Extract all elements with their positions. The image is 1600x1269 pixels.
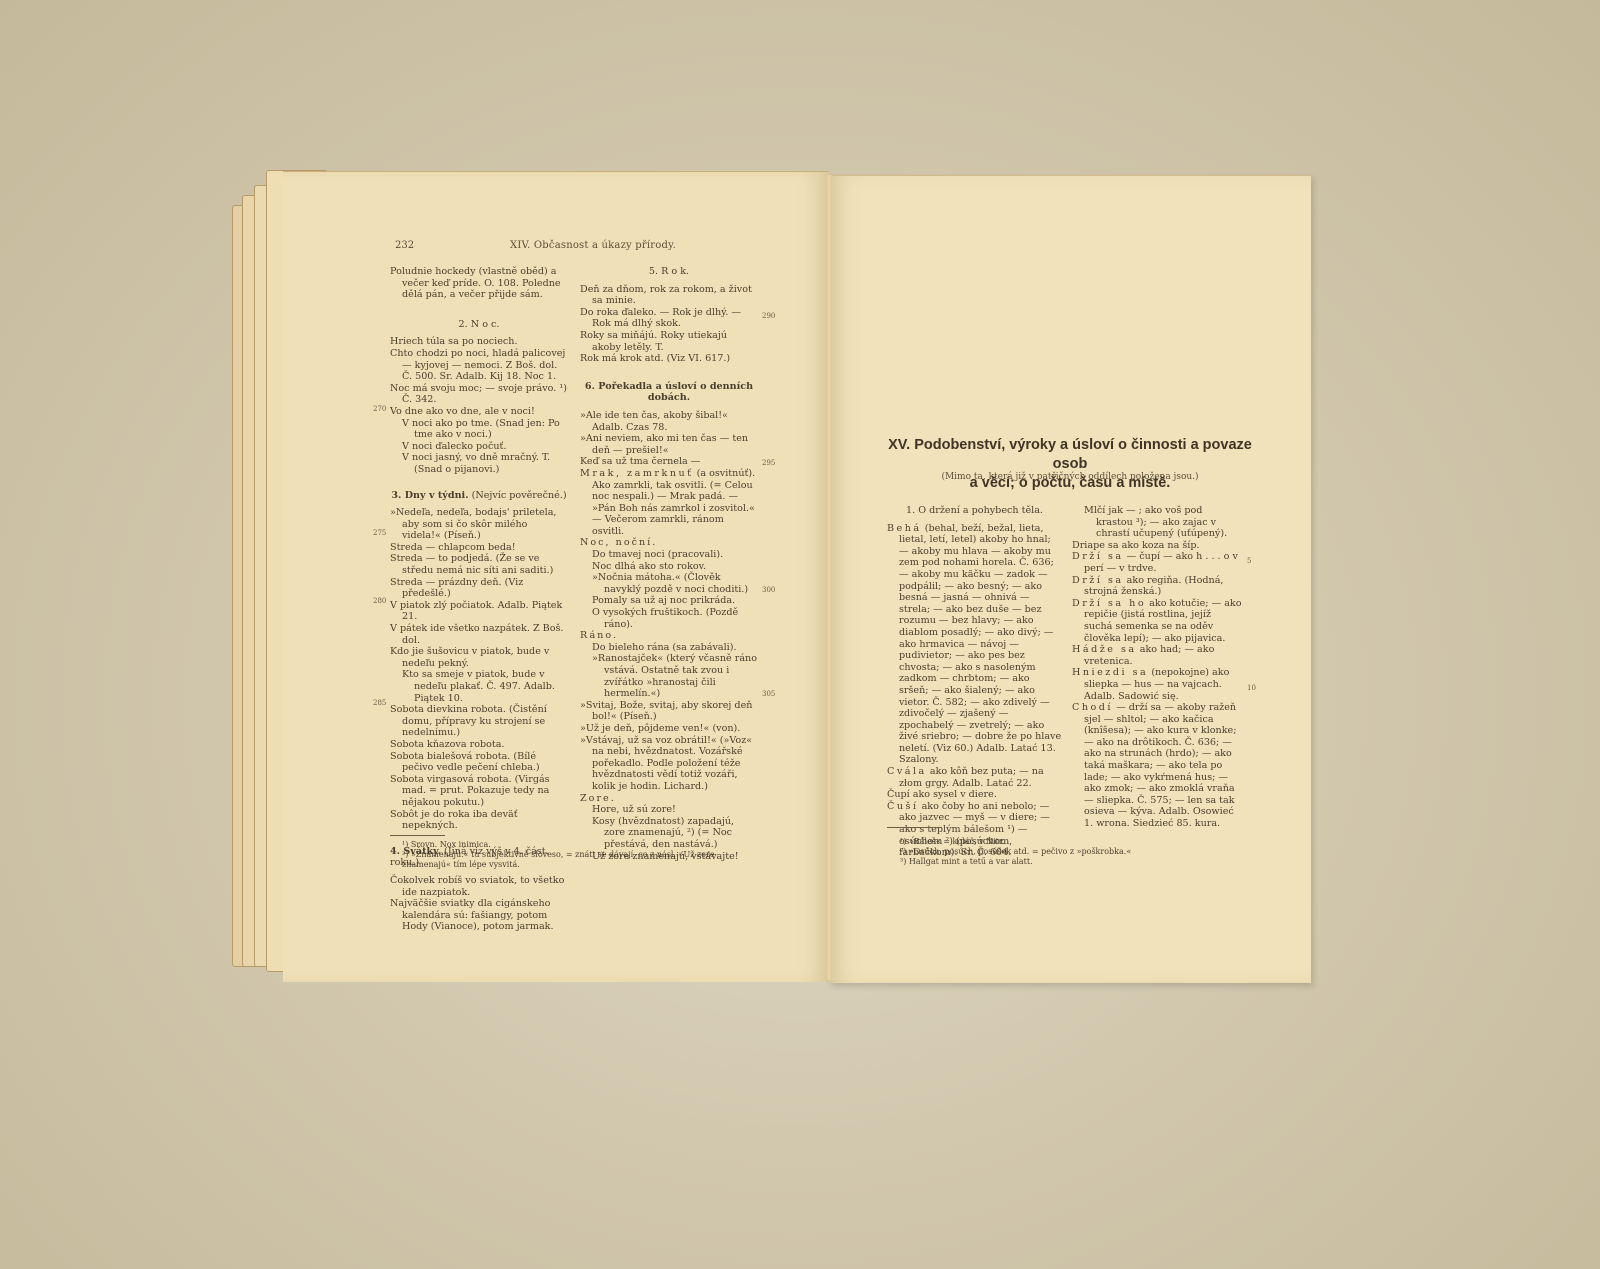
line-number: 5 xyxy=(1247,557,1251,565)
entry-text: Čupí ako sysel v diere. xyxy=(887,789,997,800)
section-heading: 5. R o k. xyxy=(580,266,758,278)
proverb: Sobota kňazova robota. xyxy=(390,739,568,751)
proverb-entry: Drží sa ako regiňa. (Hodná, strojná žens… xyxy=(1072,575,1242,598)
proverb: Streda — chlapcom beda! xyxy=(390,542,568,554)
line-number: 270 xyxy=(373,405,386,413)
proverb: Sobota virgasová robota. (Virgás mad. = … xyxy=(390,774,568,809)
right-footnotes: ¹) »Báleš« = koláč, v Nitr. ²) »Osúch, p… xyxy=(900,837,1230,867)
entry-keyword: Behá xyxy=(887,523,922,534)
proverb: Noc má svoju moc; — svoje právo. ¹) Č. 3… xyxy=(390,383,568,406)
line-number: 290 xyxy=(762,312,775,320)
line-number: 275 xyxy=(373,529,386,537)
entry-keyword: Čuší xyxy=(887,801,919,812)
proverb: Najväčšie sviatky dla cigánskeho kalendá… xyxy=(390,898,568,933)
proverb-entry: Mrak, zamrknuť (a osvitnúť). Ako zamrkli… xyxy=(580,468,758,538)
proverb: Noc dlhá ako sto rokov. xyxy=(580,561,758,573)
entry-keyword: Mrak, zamrknuť xyxy=(580,468,694,479)
entry-keyword: Drží sa ho xyxy=(1072,598,1146,609)
book-gutter xyxy=(826,175,832,980)
proverb: Hore, už sú zore! xyxy=(580,804,758,816)
proverb-entry: Cvála ako kôň bez puta; — na złom grgy. … xyxy=(887,766,1062,789)
proverb-entry: Drží sa ho ako kotučie; — ako repičie (j… xyxy=(1072,598,1242,644)
proverb: Chto chodzi po noci, hladá palicovej — k… xyxy=(390,348,568,383)
footnote: ²) »Osúch, posúch, posúšek atd. = pečivo… xyxy=(900,847,1230,857)
proverb: O vysokých fruštikoch. (Pozdě ráno). xyxy=(580,607,758,630)
entry-keyword: Noc, noční. xyxy=(580,537,758,549)
open-book: 232 XIV. Občasnost a úkazy přírody. Polu… xyxy=(0,0,1600,1269)
proverb-entry: Hniezdi sa (nepokojne) ako sliepka — hus… xyxy=(1072,667,1242,702)
section-heading-bold: 3. Dny v týdni. xyxy=(391,490,468,501)
proverb: V pátek ide všetko nazpátek. Z Boš. dol. xyxy=(390,623,568,646)
left-page-column-1: Poludnie hockedy (vlastně oběd) a večer … xyxy=(390,266,568,933)
proverb: Sobôt je do roka iba deväť nepekných. xyxy=(390,809,568,832)
proverb: Do roka ďaleko. — Rok je dlhý. — Rok má … xyxy=(580,307,758,330)
proverb: V noci jasný, vo dně mračný. T. (Snad o … xyxy=(390,452,568,475)
chapter-title-line: XV. Podobenství, výroky a úsloví o činno… xyxy=(880,436,1260,474)
section-heading: 1. O držení a pohybech těla. xyxy=(887,505,1062,517)
line-number: 305 xyxy=(762,690,775,698)
entry-keyword: Drží sa xyxy=(1072,551,1124,562)
footnote: ²) »Znamenajú.« tu subjektivně sloveso, … xyxy=(390,850,765,870)
proverb: Čokolvek robíš vo sviatok, to všetko ide… xyxy=(390,875,568,898)
section-heading-note: (Nejvíc pověrečné.) xyxy=(472,490,567,501)
proverb: V noci ďalecko počuť. xyxy=(390,441,568,453)
entry-keyword: Hádže sa xyxy=(1072,644,1137,655)
proverb: V noci ako po tme. (Snad jen: Po tme ako… xyxy=(390,418,568,441)
chapter-subtitle: (Mimo ta, která již v patřičných oddílec… xyxy=(880,472,1260,482)
paragraph: Poludnie hockedy (vlastně oběd) a večer … xyxy=(390,266,568,301)
footnote: ¹) Srovn. Nox inimica. xyxy=(390,840,765,850)
section-heading: 3. Dny v týdni. (Nejvíc pověrečné.) xyxy=(390,490,568,502)
proverb: »Nedeľa, nedeľa, bodajs' priletela, aby … xyxy=(390,507,568,542)
proverb-entry: Chodí — drží sa — akoby ražeň sjel — shl… xyxy=(1072,702,1242,830)
proverb: »Vstávaj, už sa voz obrátil!« (»Voz« na … xyxy=(580,735,758,793)
proverb: »Nočnia mátoha.« (Člověk navyklý pozdě v… xyxy=(580,572,758,595)
entry-keyword: Chodí xyxy=(1072,702,1113,713)
proverb: Deň za dňom, rok za rokom, a život sa mi… xyxy=(580,284,758,307)
line-number: 10 xyxy=(1247,684,1256,692)
proverb: Sobota bialešová robota. (Bílé pečivo ve… xyxy=(390,751,568,774)
proverb: Streda — to podjedá. (Že se ve středu ne… xyxy=(390,553,568,576)
line-number: 300 xyxy=(762,586,775,594)
proverb: Do bieleho rána (sa zabávali). xyxy=(580,642,758,654)
entry-text: (behal, beží, bežal, lieta, lietal, letí… xyxy=(899,523,1061,766)
proverb: Kto sa smeje v piatok, bude v nedeľu pla… xyxy=(390,669,568,704)
proverb: »Ale ide ten čas, akoby šibal!« Adalb. C… xyxy=(580,410,758,433)
entry-keyword: Ráno. xyxy=(580,630,758,642)
proverb: »Už je deň, pôjdeme ven!« (von). xyxy=(580,723,758,735)
proverb: Sobota dievkina robota. (Čistění domu, p… xyxy=(390,704,568,739)
section-heading: 2. N o c. xyxy=(390,319,568,331)
proverb: Pomaly sa už aj noc prikráda. xyxy=(580,595,758,607)
proverb-entry: Hádže sa ako had; — ako vretenica. xyxy=(1072,644,1242,667)
proverb: V piatok zlý počiatok. Adalb. Piątek 21. xyxy=(390,600,568,623)
entry-keyword: Hniezdi sa xyxy=(1072,667,1148,678)
right-page-column-2: Mlčí jak — ; ako voš pod krastou ³); — a… xyxy=(1072,505,1242,830)
proverb: Keď sa už tma černela — xyxy=(580,456,758,468)
line-number: 285 xyxy=(373,699,386,707)
line-number: 280 xyxy=(373,597,386,605)
footnote-rule xyxy=(887,827,942,828)
proverb: Do tmavej noci (pracovali). xyxy=(580,549,758,561)
proverb: Hriech túla sa po nociech. xyxy=(390,336,568,348)
proverb-entry: Behá (behal, beží, bežal, lieta, lietal,… xyxy=(887,523,1062,766)
proverb: »Ani neviem, ako mi ten čas — ten deň — … xyxy=(580,433,758,456)
entry-keyword: Cvála xyxy=(887,766,927,777)
right-page-column-1: 1. O držení a pohybech těla. Behá (behal… xyxy=(887,505,1062,859)
page-number: 232 xyxy=(395,240,414,251)
left-footnotes: ¹) Srovn. Nox inimica. ²) »Znamenajú.« t… xyxy=(390,840,765,870)
proverb: Roky sa miňájú. Roky utiekajú akoby letě… xyxy=(580,330,758,353)
footnote: ¹) »Báleš« = koláč, v Nitr. xyxy=(900,837,1230,847)
line-number: 295 xyxy=(762,459,775,467)
entry-text: Driape sa ako koza na šíp. xyxy=(1072,540,1200,551)
proverb: »Svitaj, Bože, svitaj, aby skorej deň bo… xyxy=(580,700,758,723)
proverb: Vo dne ako vo dne, ale v noci! xyxy=(390,406,568,418)
proverb-entry: Drží sa — čupí — ako h . . . o v perí — … xyxy=(1072,551,1242,574)
footnote-rule xyxy=(390,835,445,836)
section-heading: 6. Pořekadla a úsloví o denních dobách. xyxy=(580,381,758,404)
proverb: Rok má krok atd. (Viz VI. 617.) xyxy=(580,353,758,365)
chapter-title: XV. Podobenství, výroky a úsloví o činno… xyxy=(880,436,1260,493)
running-head-title: XIV. Občasnost a úkazy přírody. xyxy=(510,240,676,251)
proverb: Kdo jie šušovicu v piatok, bude v nedeľu… xyxy=(390,646,568,669)
entry-keyword: Drží sa xyxy=(1072,575,1124,586)
left-page-column-2: 5. R o k. Deň za dňom, rok za rokom, a ž… xyxy=(580,266,758,862)
entry-text: Mlčí jak — ; ako voš pod krastou ³); — a… xyxy=(1084,505,1227,539)
proverb-entry: Čupí ako sysel v diere. xyxy=(887,789,1062,801)
proverb: Streda — prázdny deň. (Viz předešlé.) xyxy=(390,577,568,600)
proverb-entry: Mlčí jak — ; ako voš pod krastou ³); — a… xyxy=(1072,505,1242,540)
entry-keyword: Zore. xyxy=(580,793,758,805)
entry-text: — drží sa — akoby ražeň sjel — shltol; —… xyxy=(1084,702,1236,829)
proverb-entry: Driape sa ako koza na šíp. xyxy=(1072,540,1242,552)
proverb: »Ranostajček« (který včasně ráno vstává.… xyxy=(580,653,758,699)
footnote: ³) Hallgat mint a tetű a var alatt. xyxy=(900,857,1230,867)
